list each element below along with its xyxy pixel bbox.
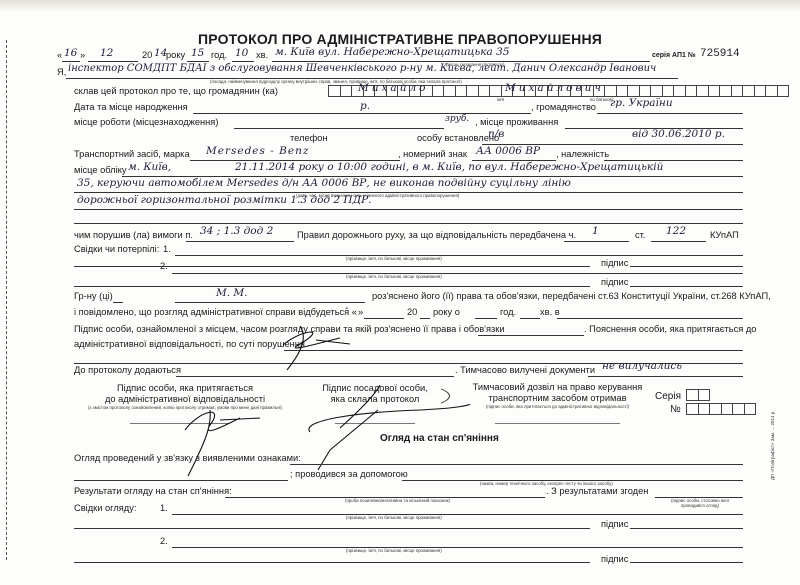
- inspection-witness-1-num: 1.: [160, 503, 168, 513]
- inspection-witness-1-caption: (прізвище, ім'я, по батькові, місце прож…: [346, 515, 442, 520]
- printer-side-imprint: ДП «Поліграфіст» Зам. ... 2014 р.: [770, 410, 775, 480]
- inspection-witnesses-label: Свідки огляду:: [74, 503, 136, 513]
- inspection-witness-2-sign-label: підпис: [601, 554, 628, 564]
- intoxication-title: Огляд на стан сп'яніння: [380, 433, 499, 444]
- inspection-results-caption: (проба позитивна/негативна та кількісний…: [345, 498, 450, 503]
- inspection-agree-caption: (підпис особи, стосовно якої проводився …: [665, 498, 735, 508]
- inspection-witness-1-sign-label: підпис: [601, 519, 628, 529]
- inspection-results-label: Результати огляду на стан сп'яніння:: [74, 486, 232, 496]
- inspection-agree-label: . З результатами згоден: [546, 486, 648, 496]
- inspection-signs-label: Огляд проведений у зв'язку з виявленими …: [74, 453, 301, 463]
- protocol-document: ПРОТОКОЛ ПРО АДМІНІСТРАТИВНЕ ПРАВОПОРУШЕ…: [0, 0, 800, 585]
- inspection-means-label: ; проводився за допомогою: [290, 469, 408, 479]
- inspection-witness-2-caption: (прізвище, ім'я, по батькові, місце прож…: [346, 548, 442, 553]
- inspection-witness-2-num: 2.: [160, 536, 168, 546]
